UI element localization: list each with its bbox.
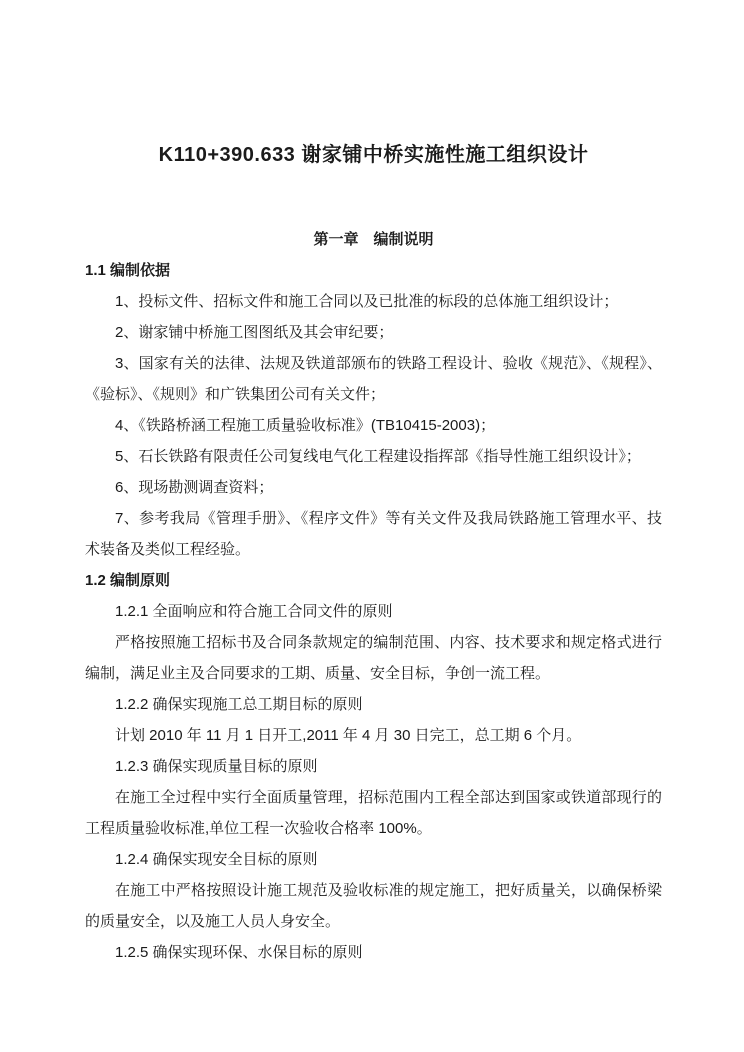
paragraph: 3、国家有关的法律、法规及铁道部颁布的铁路工程设计、验收《规范》、《规程》、《验… [85,348,662,410]
paragraph: 1.2.1 全面响应和符合施工合同文件的原则 [85,596,662,627]
paragraph: 6、现场勘测调查资料； [85,472,662,503]
document-content: K110+390.633 谢家铺中桥实施性施工组织设计 第一章 编制说明 1.1… [0,0,744,968]
section-heading-1-2: 1.2 编制原则 [85,565,662,596]
paragraph: 1.2.4 确保实现安全目标的原则 [85,844,662,875]
paragraph: 1、投标文件、招标文件和施工合同以及已批准的标段的总体施工组织设计； [85,286,662,317]
paragraph: 严格按照施工招标书及合同条款规定的编制范围、内容、技术要求和规定格式进行编制，满… [85,627,662,689]
paragraph: 2、谢家铺中桥施工图图纸及其会审纪要； [85,317,662,348]
paragraph: 在施工全过程中实行全面质量管理，招标范围内工程全部达到国家或铁道部现行的工程质量… [85,782,662,844]
paragraph: 1.2.5 确保实现环保、水保目标的原则 [85,937,662,968]
paragraph: 1.2.3 确保实现质量目标的原则 [85,751,662,782]
document-title: K110+390.633 谢家铺中桥实施性施工组织设计 [85,0,662,171]
chapter-heading: 第一章 编制说明 [85,171,662,255]
paragraph: 计划 2010 年 11 月 1 日开工,2011 年 4 月 30 日完工，总… [85,720,662,751]
paragraph: 5、石长铁路有限责任公司复线电气化工程建设指挥部《指导性施工组织设计》； [85,441,662,472]
section-heading-1-1: 1.1 编制依据 [85,255,662,286]
paragraph: 7、参考我局《管理手册》、《程序文件》等有关文件及我局铁路施工管理水平、技术装备… [85,503,662,565]
paragraph: 1.2.2 确保实现施工总工期目标的原则 [85,689,662,720]
paragraph: 在施工中严格按照设计施工规范及验收标准的规定施工，把好质量关，以确保桥梁的质量安… [85,875,662,937]
paragraph: 4、《铁路桥涵工程施工质量验收标准》(TB10415-2003)； [85,410,662,441]
document-page: K110+390.633 谢家铺中桥实施性施工组织设计 第一章 编制说明 1.1… [0,0,744,1052]
